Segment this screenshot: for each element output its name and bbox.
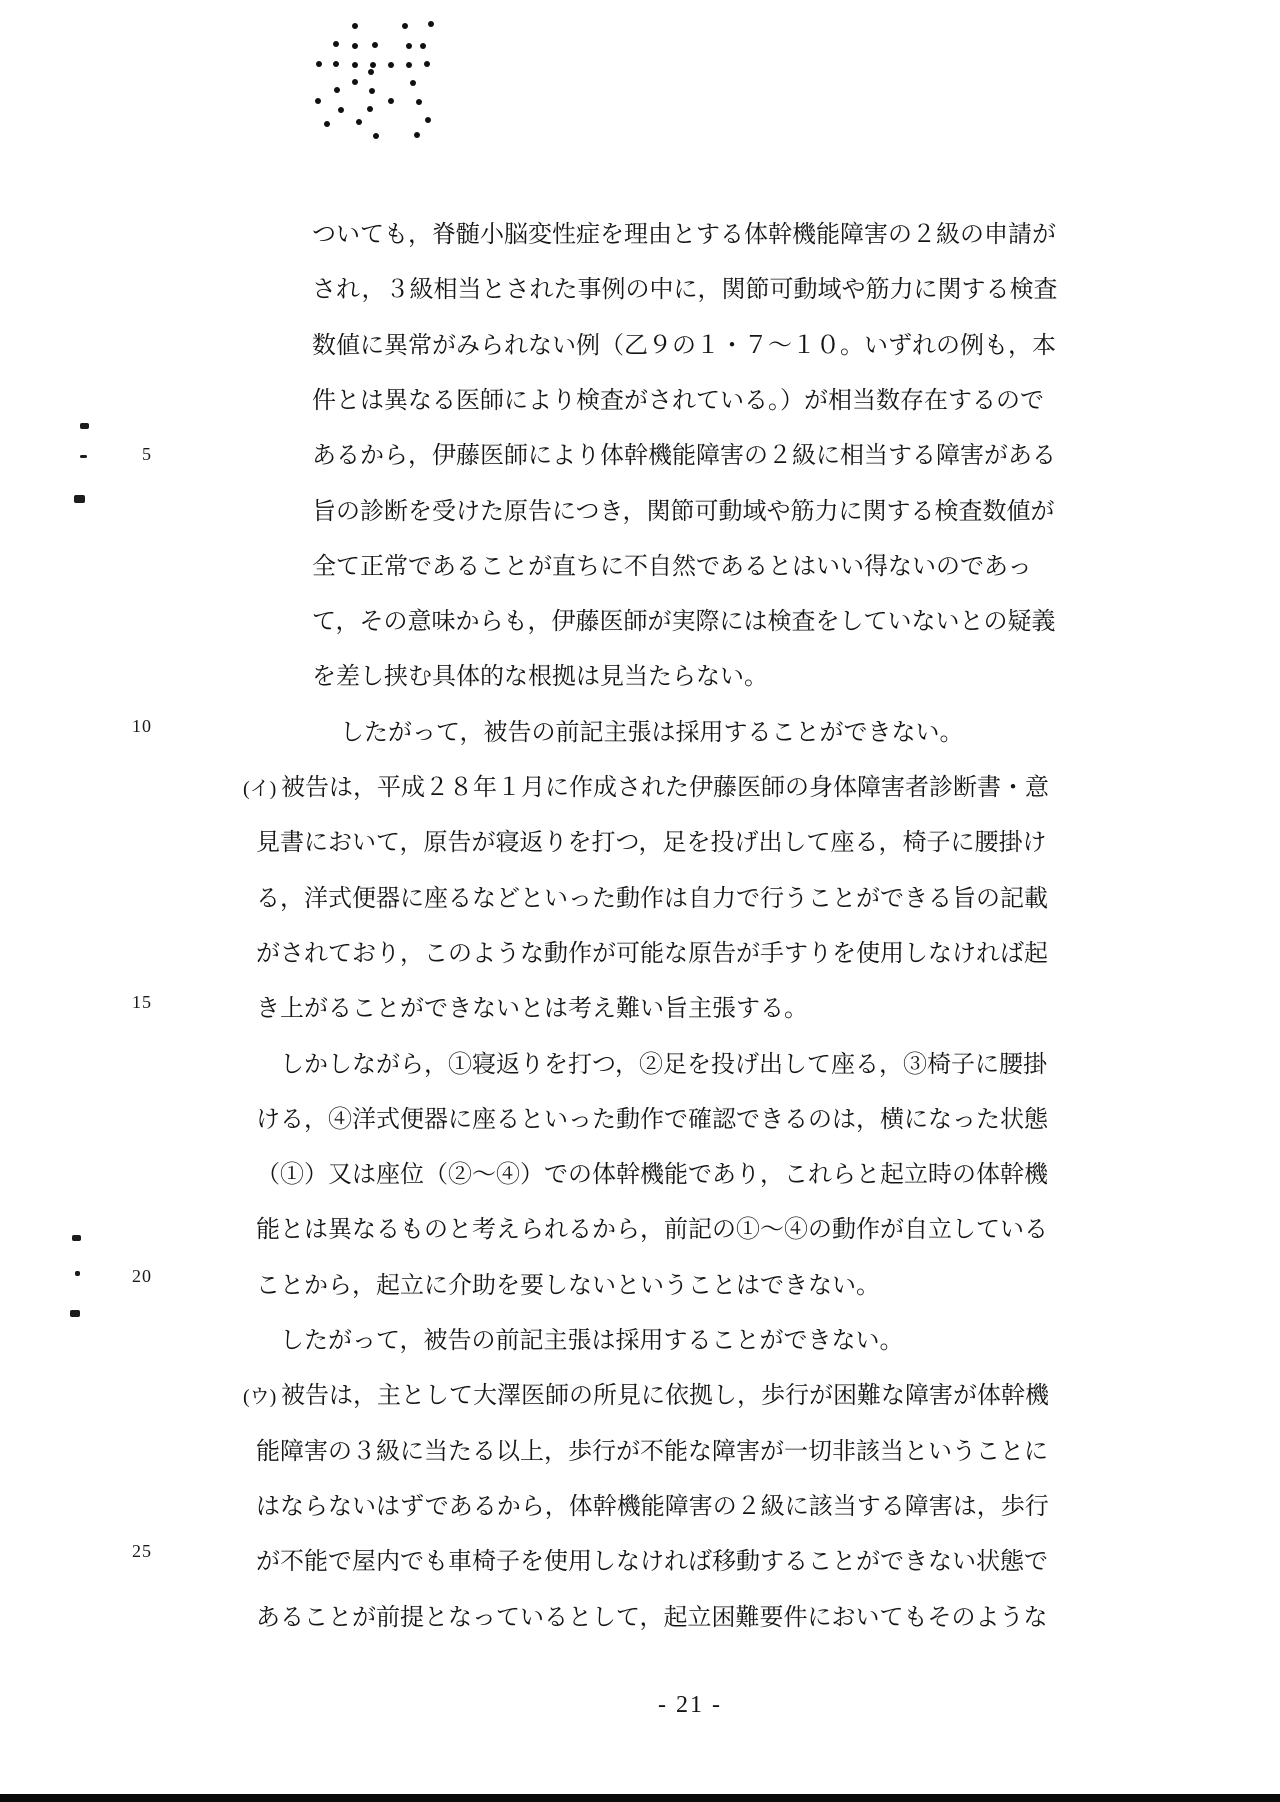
dot [424, 61, 430, 67]
body-line: はならないはずであるから，体幹機能障害の２級に該当する障害は，歩行 [256, 1486, 1049, 1521]
dot [333, 61, 339, 67]
body-line-text: ことから，起立に介助を要しないということはできない。 [256, 1273, 880, 1299]
body-line: 数値に異常がみられない例（乙９の１・７～１０。いずれの例も，本 [312, 325, 1056, 360]
dot [406, 62, 412, 68]
body-line: が不能で屋内でも車椅子を使用しなければ移動することができない状態で [256, 1541, 1048, 1576]
dot [352, 79, 358, 85]
item-marker: (ウ) [243, 1380, 281, 1409]
item-marker: (イ) [243, 772, 281, 801]
body-line-text: 見書において，原告が寝返りを打つ，足を投げ出して座る，椅子に腰掛け [256, 830, 1047, 856]
dot [414, 132, 420, 138]
scan-speck [80, 423, 89, 429]
scan-speck [70, 1310, 80, 1317]
body-line-text: 数値に異常がみられない例（乙９の１・７～１０。いずれの例も，本 [312, 333, 1056, 359]
body-line: て，その意味からも，伊藤医師が実際には検査をしていないとの疑義 [312, 601, 1056, 636]
body-line: 見書において，原告が寝返りを打つ，足を投げ出して座る，椅子に腰掛け [256, 822, 1047, 857]
body-line-text: が不能で屋内でも車椅子を使用しなければ移動することができない状態で [256, 1549, 1048, 1575]
body-line-text: 能とは異なるものと考えられるから，前記の①～④の動作が自立している [256, 1217, 1048, 1243]
body-line: ことから，起立に介助を要しないということはできない。 [256, 1265, 880, 1300]
scan-speck [75, 1271, 80, 1276]
page-number: - 21 - [0, 1692, 1280, 1719]
body-line-text: 全て正常であることが直ちに不自然であるとはいい得ないのであっ [312, 554, 1032, 580]
margin-line-number: 20 [92, 1266, 152, 1287]
body-line: を差し挟む具体的な根拠は見当たらない。 [312, 656, 768, 691]
body-line-text: を差し挟む具体的な根拠は見当たらない。 [312, 664, 768, 690]
body-line-text: したがって，被告の前記主張は採用することができない。 [340, 720, 964, 746]
body-line-text: （①）又は座位（②～④）での体幹機能であり，これらと起立時の体幹機 [256, 1162, 1048, 1188]
dot [369, 88, 375, 94]
dot [373, 133, 379, 139]
body-line-text: がされており，このような動作が可能な原告が手すりを使用しなければ起 [256, 941, 1048, 967]
dot [367, 106, 373, 112]
dot [334, 87, 340, 93]
body-line: (ウ)被告は，主として大澤医師の所見に依拠し，歩行が困難な障害が体幹機 [243, 1375, 1049, 1410]
dot [420, 43, 426, 49]
dot [352, 62, 358, 68]
body-line: あるから，伊藤医師により体幹機能障害の２級に相当する障害がある [312, 435, 1056, 470]
dot [388, 98, 394, 104]
body-line-text: 能障害の３級に当たる以上，歩行が不能な障害が一切非該当ということに [256, 1439, 1048, 1465]
body-line: ける，④洋式便器に座るといった動作で確認できるのは，横になった状態 [256, 1099, 1048, 1134]
body-line: き上がることができないとは考え難い旨主張する。 [256, 988, 808, 1023]
dot [368, 69, 374, 75]
body-line-text: したがって，被告の前記主張は採用することができない。 [280, 1328, 904, 1354]
document-page: 510152025 ついても，脊髄小脳変性症を理由とする体幹機能障害の２級の申請… [0, 0, 1280, 1802]
dot [356, 119, 362, 125]
dot [425, 117, 431, 123]
body-line-text: き上がることができないとは考え難い旨主張する。 [256, 996, 808, 1022]
dot [428, 21, 434, 27]
body-line: 全て正常であることが直ちに不自然であるとはいい得ないのであっ [312, 546, 1032, 581]
dot [352, 23, 358, 29]
dot [416, 99, 422, 105]
dot [315, 98, 321, 104]
scan-speck [74, 495, 85, 503]
body-line: したがって，被告の前記主張は採用することができない。 [340, 712, 964, 747]
body-line-text: され，３級相当とされた事例の中に，関節可動域や筋力に関する検査 [312, 277, 1057, 303]
margin-line-number: 10 [92, 716, 152, 737]
body-line: 能障害の３級に当たる以上，歩行が不能な障害が一切非該当ということに [256, 1431, 1048, 1466]
dot [388, 62, 394, 68]
body-line-text: て，その意味からも，伊藤医師が実際には検査をしていないとの疑義 [312, 609, 1056, 635]
scan-edge-bar [0, 1794, 1280, 1802]
scan-speck [72, 1235, 81, 1241]
body-line: ついても，脊髄小脳変性症を理由とする体幹機能障害の２級の申請が [312, 214, 1056, 249]
body-line-text: ける，④洋式便器に座るといった動作で確認できるのは，横になった状態 [256, 1107, 1048, 1133]
body-line: 件とは異なる医師により検査がされている。）が相当数存在するので [312, 380, 1044, 415]
body-line: る，洋式便器に座るなどといった動作は自力で行うことができる旨の記載 [256, 878, 1048, 913]
body-line-text: 件とは異なる医師により検査がされている。）が相当数存在するので [312, 388, 1044, 414]
margin-line-number: 25 [92, 1541, 152, 1562]
dot [324, 121, 330, 127]
body-line: したがって，被告の前記主張は採用することができない。 [280, 1320, 904, 1355]
body-line: がされており，このような動作が可能な原告が手すりを使用しなければ起 [256, 933, 1048, 968]
dot [410, 80, 416, 86]
body-line-text: る，洋式便器に座るなどといった動作は自力で行うことができる旨の記載 [256, 886, 1048, 912]
dot [333, 41, 339, 47]
body-line-text: あることが前提となっているとして，起立困難要件においてもそのような [256, 1605, 1048, 1631]
body-line: （①）又は座位（②～④）での体幹機能であり，これらと起立時の体幹機 [256, 1154, 1048, 1189]
dot [316, 61, 322, 67]
body-line-text: あるから，伊藤医師により体幹機能障害の２級に相当する障害がある [312, 443, 1056, 469]
dot [402, 23, 408, 29]
body-line: され，３級相当とされた事例の中に，関節可動域や筋力に関する検査 [312, 269, 1057, 304]
dot [370, 62, 376, 68]
margin-line-number: 15 [92, 992, 152, 1013]
body-line-text: ついても，脊髄小脳変性症を理由とする体幹機能障害の２級の申請が [312, 222, 1056, 248]
body-line: あることが前提となっているとして，起立困難要件においてもそのような [256, 1597, 1048, 1632]
dot [352, 43, 358, 49]
body-line-text: しかしながら，①寝返りを打つ，②足を投げ出して座る，③椅子に腰掛 [280, 1052, 1047, 1078]
body-line: しかしながら，①寝返りを打つ，②足を投げ出して座る，③椅子に腰掛 [280, 1044, 1047, 1079]
dot [372, 42, 378, 48]
body-line-text: はならないはずであるから，体幹機能障害の２級に該当する障害は，歩行 [256, 1494, 1049, 1520]
margin-line-number: 5 [92, 444, 152, 465]
dot [338, 107, 344, 113]
body-line-text: 被告は，平成２８年１月に作成された伊藤医師の身体障害者診断書・意 [281, 775, 1049, 801]
body-line: 能とは異なるものと考えられるから，前記の①～④の動作が自立している [256, 1209, 1048, 1244]
scan-speck [80, 455, 87, 458]
dot [406, 43, 412, 49]
body-line-text: 旨の診断を受けた原告につき，関節可動域や筋力に関する検査数値が [312, 499, 1055, 525]
body-line-text: 被告は，主として大澤医師の所見に依拠し，歩行が困難な障害が体幹機 [281, 1383, 1049, 1409]
body-line: 旨の診断を受けた原告につき，関節可動域や筋力に関する検査数値が [312, 491, 1055, 526]
body-line: (イ)被告は，平成２８年１月に作成された伊藤医師の身体障害者診断書・意 [243, 767, 1049, 802]
